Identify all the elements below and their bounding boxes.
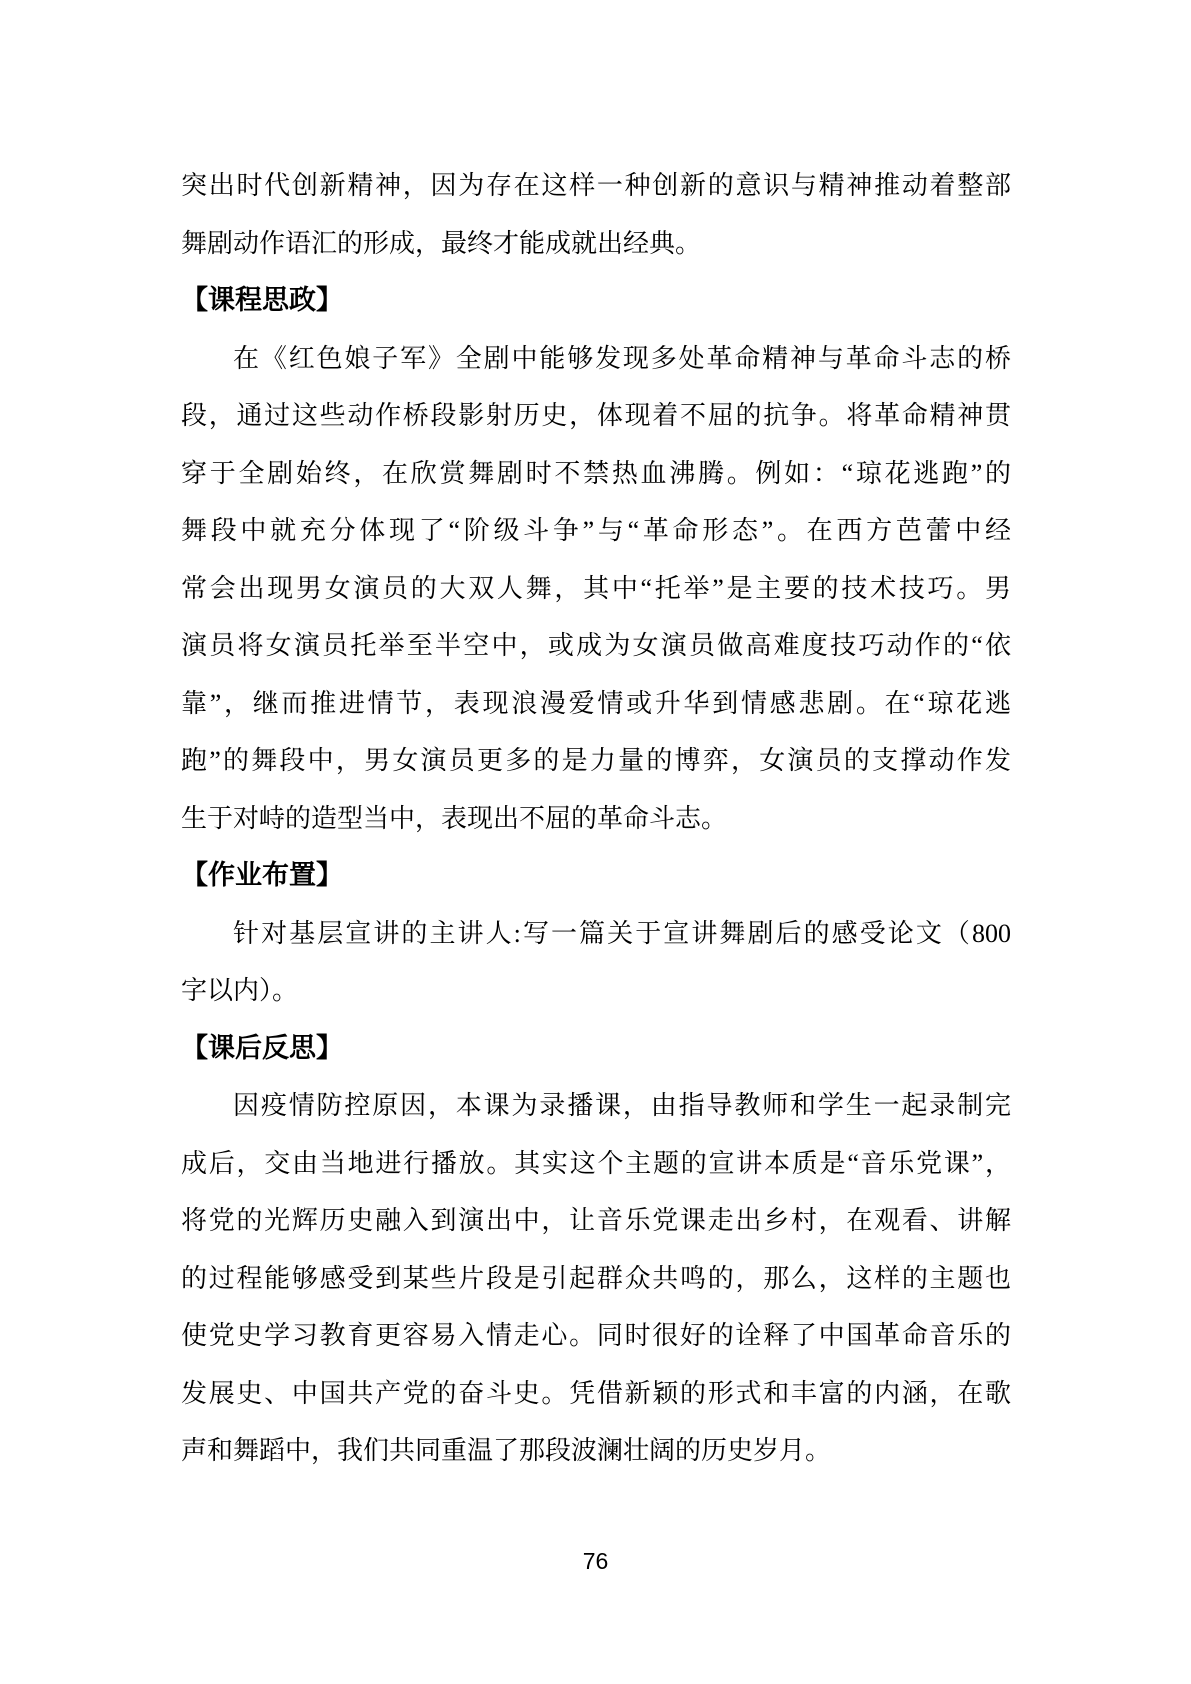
text-line: 生于对峙的造型当中，表现出不屈的革命斗志。 <box>181 790 1011 848</box>
text-line: 声和舞蹈中，我们共同重温了那段波澜壮阔的历史岁月。 <box>181 1422 1011 1480</box>
text-line: 成后，交由当地进行播放。其实这个主题的宣讲本质是“音乐党课”， <box>181 1135 1011 1193</box>
text-line: 跑”的舞段中，男女演员更多的是力量的博弈，女演员的支撑动作发 <box>181 732 1011 790</box>
text-line: 因疫情防控原因，本课为录播课，由指导教师和学生一起录制完 <box>181 1077 1011 1135</box>
text-line: 在《红色娘子军》全剧中能够发现多处革命精神与革命斗志的桥 <box>181 330 1011 388</box>
section-heading: 【课程思政】 <box>181 272 1011 330</box>
text-line: 针对基层宣讲的主讲人:写一篇关于宣讲舞剧后的感受论文（800 <box>181 905 1011 963</box>
text-line: 段，通过这些动作桥段影射历史，体现着不屈的抗争。将革命精神贯 <box>181 387 1011 445</box>
text-line: 将党的光辉历史融入到演出中，让音乐党课走出乡村，在观看、讲解 <box>181 1192 1011 1250</box>
text-line: 靠”，继而推进情节，表现浪漫爱情或升华到情感悲剧。在“琼花逃 <box>181 675 1011 733</box>
text-line: 发展史、中国共产党的奋斗史。凭借新颖的形式和丰富的内涵，在歌 <box>181 1365 1011 1423</box>
page-number: 76 <box>0 1548 1191 1575</box>
text-block: 突出时代创新精神，因为存在这样一种创新的意识与精神推动着整部舞剧动作语汇的形成，… <box>181 157 1011 1480</box>
text-line: 舞段中就充分体现了“阶级斗争”与“革命形态”。在西方芭蕾中经 <box>181 502 1011 560</box>
text-line: 的过程能够感受到某些片段是引起群众共鸣的，那么，这样的主题也 <box>181 1250 1011 1308</box>
text-line: 穿于全剧始终，在欣赏舞剧时不禁热血沸腾。例如：“琼花逃跑”的 <box>181 445 1011 503</box>
text-line: 突出时代创新精神，因为存在这样一种创新的意识与精神推动着整部 <box>181 157 1011 215</box>
text-line: 使党史学习教育更容易入情走心。同时很好的诠释了中国革命音乐的 <box>181 1307 1011 1365</box>
section-heading: 【作业布置】 <box>181 847 1011 905</box>
document-page: 突出时代创新精神，因为存在这样一种创新的意识与精神推动着整部舞剧动作语汇的形成，… <box>0 0 1191 1684</box>
text-line: 舞剧动作语汇的形成，最终才能成就出经典。 <box>181 215 1011 273</box>
text-line: 常会出现男女演员的大双人舞，其中“托举”是主要的技术技巧。男 <box>181 560 1011 618</box>
section-heading: 【课后反思】 <box>181 1020 1011 1078</box>
text-line: 字以内）。 <box>181 962 1011 1020</box>
text-line: 演员将女演员托举至半空中，或成为女演员做高难度技巧动作的“依 <box>181 617 1011 675</box>
